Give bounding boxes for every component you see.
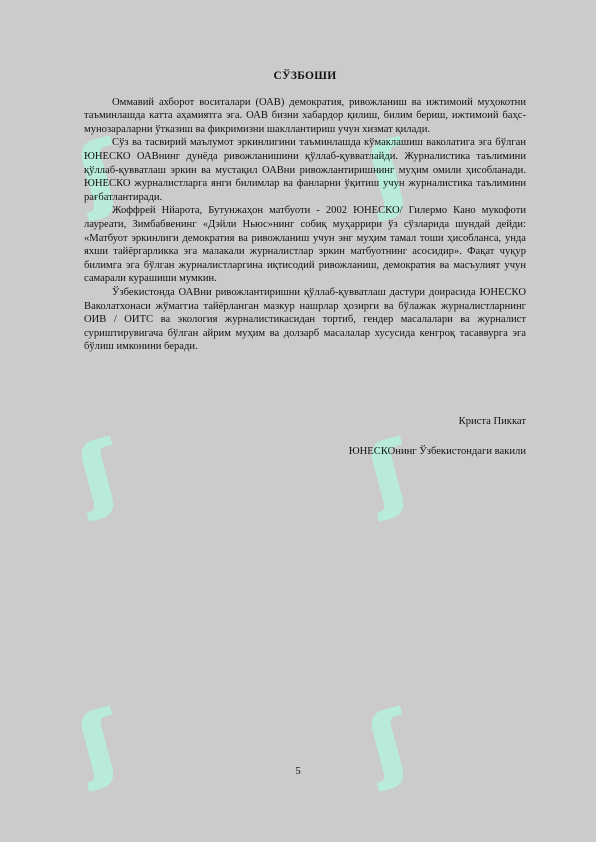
document-body: СЎЗБОШИ Оммавий ахборот воситалари (ОАВ)… xyxy=(84,70,526,354)
watermark-logo: ʃʃ xyxy=(80,420,250,540)
paragraph: Ўзбекистонда ОАВни ривожлантиришни қўлла… xyxy=(84,286,526,354)
paragraph: Жоффрей Нйарота, Бутунжаҳон матбуоти - 2… xyxy=(84,204,526,286)
page-title: СЎЗБОШИ xyxy=(84,70,526,84)
signature-title: ЮНЕСКОнинг Ўзбекистондаги вакили xyxy=(349,446,526,457)
watermark-logo: ʃʃ xyxy=(370,690,540,810)
watermark-logo: ʃʃ xyxy=(370,420,540,540)
paragraph: Оммавий ахборот воситалари (ОАВ) демокра… xyxy=(84,96,526,137)
page-number: 5 xyxy=(0,766,596,777)
watermark-logo: ʃʃ xyxy=(80,690,250,810)
paragraph: Сўз ва тасвирий маълумот эркинлигини таъ… xyxy=(84,136,526,204)
signature-name: Криста Пиккат xyxy=(459,416,526,427)
